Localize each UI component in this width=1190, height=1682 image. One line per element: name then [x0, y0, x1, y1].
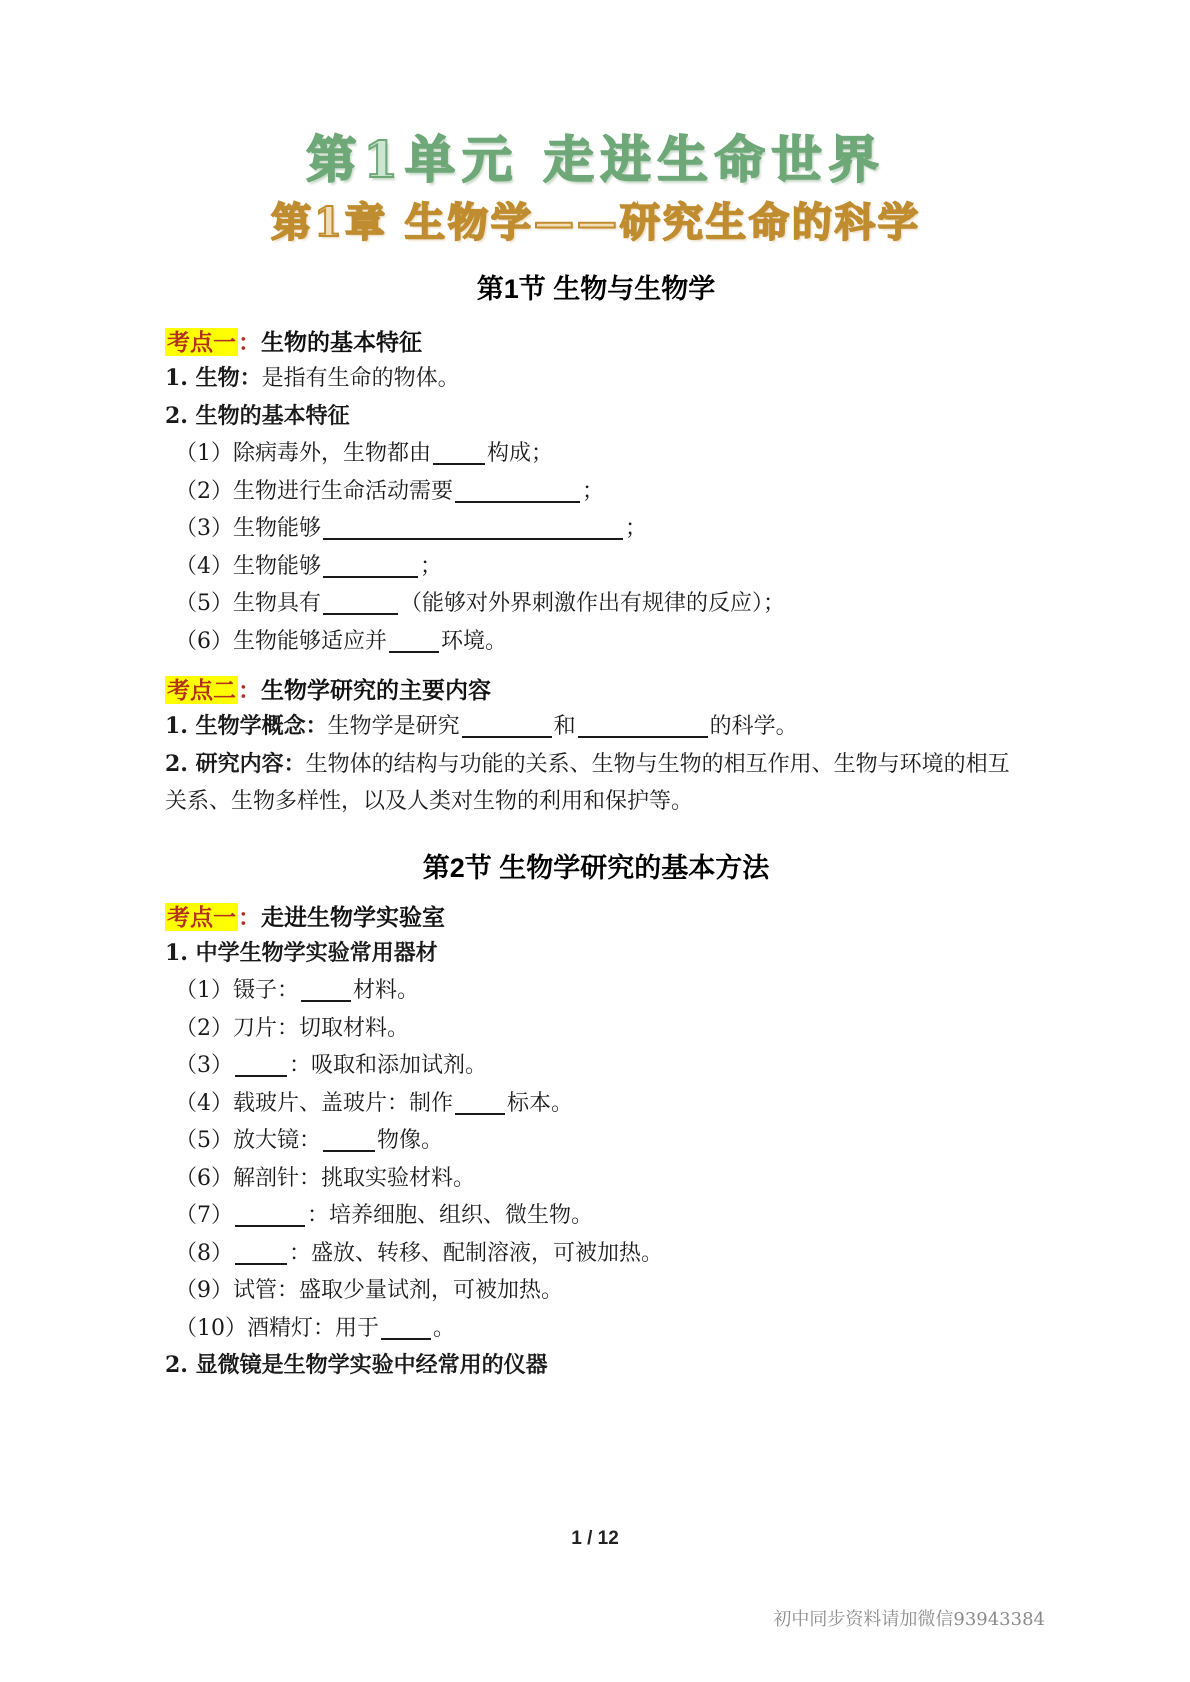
tool-5-pre: （5）放大镜：: [175, 1128, 321, 1153]
equipment-header-label: 1. 中学生物学实验常用器材: [165, 940, 438, 966]
section-1: 第1节 生物与生物学 考点一：生物的基本特征 1. 生物：是指有生命的物体。 2…: [165, 270, 1027, 821]
fill-blank: [433, 441, 485, 465]
feature-item-3: （3）生物能够；: [165, 510, 1027, 548]
tool-7-pre: （7）: [175, 1203, 233, 1228]
feature-6-post: 环境。: [441, 629, 507, 654]
tool-item-9: （9）试管：盛取少量试剂，可被加热。: [165, 1272, 1027, 1310]
fill-blank: [323, 516, 623, 540]
concept-line: 1. 生物学概念：生物学是研究和的科学。: [165, 708, 1027, 746]
fill-blank: [235, 1203, 305, 1227]
keypoint-1-title: 生物的基本特征: [261, 329, 422, 355]
section2-keypoint-1-title: 走进生物学实验室: [261, 904, 445, 930]
document-page: { "titles": { "unit": "第1单元 走进生命世界", "ch…: [0, 0, 1190, 1682]
keypoint-1-line: 考点一：生物的基本特征: [165, 324, 1027, 360]
fill-blank: [455, 1091, 505, 1115]
tool-8-pre: （8）: [175, 1241, 233, 1266]
tool-6-text: （6）解剖针：挑取实验材料。: [175, 1166, 475, 1191]
feature-item-1: （1）除病毒外，生物都由构成；: [165, 435, 1027, 473]
features-header-line: 2. 生物的基本特征: [165, 398, 1027, 436]
fill-blank: [578, 714, 708, 738]
tool-8-post: ：盛放、转移、配制溶液，可被加热。: [289, 1241, 663, 1266]
tool-3-pre: （3）: [175, 1053, 233, 1078]
fill-blank: [389, 629, 439, 653]
tool-10-pre: （10）酒精灯：用于: [175, 1316, 379, 1341]
tool-1-post: 材料。: [353, 978, 419, 1003]
feature-3-pre: （3）生物能够: [175, 516, 321, 541]
tool-4-post: 标本。: [507, 1091, 573, 1116]
feature-4-post: ；: [420, 554, 442, 579]
keypoint-2-line: 考点二：生物学研究的主要内容: [165, 672, 1027, 708]
tool-item-5: （5）放大镜：物像。: [165, 1122, 1027, 1160]
fill-blank: [301, 978, 351, 1002]
microscope-header-label: 2. 显微镜是生物学实验中经常用的仪器: [165, 1352, 548, 1378]
feature-item-5: （5）生物具有（能够对外界刺激作出有规律的反应）；: [165, 585, 1027, 623]
definition-biology-line: 1. 生物：是指有生命的物体。: [165, 360, 1027, 398]
feature-5-post: （能够对外界刺激作出有规律的反应）；: [400, 591, 785, 616]
tool-4-pre: （4）载玻片、盖玻片：制作: [175, 1091, 453, 1116]
keypoint-2-title: 生物学研究的主要内容: [261, 677, 491, 703]
section2-keypoint-1-badge: 考点一: [165, 903, 238, 931]
fill-blank: [235, 1241, 287, 1265]
keypoint-2-badge: 考点二: [165, 676, 238, 704]
keypoint-2-colon: ：: [238, 677, 261, 703]
tool-7-post: ：培养细胞、组织、微生物。: [307, 1203, 593, 1228]
equipment-header-line: 1. 中学生物学实验常用器材: [165, 935, 1027, 973]
concept-pre: 生物学是研究: [328, 714, 460, 739]
fill-blank: [323, 554, 418, 578]
research-content-line: 2. 研究内容：生物体的结构与功能的关系、生物与生物的相互作用、生物与环境的相互…: [165, 746, 1027, 821]
feature-item-2: （2）生物进行生命活动需要；: [165, 473, 1027, 511]
tool-9-text: （9）试管：盛取少量试剂，可被加热。: [175, 1278, 563, 1303]
keypoint-1-badge: 考点一: [165, 328, 238, 356]
tool-10-post: 。: [433, 1316, 455, 1341]
fill-blank: [455, 479, 580, 503]
tool-item-3: （3）：吸取和添加试剂。: [165, 1047, 1027, 1085]
section2-keypoint-1-colon: ：: [238, 904, 261, 930]
feature-3-post: ；: [625, 516, 647, 541]
section1-heading: 第1节 生物与生物学: [165, 270, 1027, 308]
tool-1-pre: （1）镊子：: [175, 978, 299, 1003]
tool-3-post: ：吸取和添加试剂。: [289, 1053, 487, 1078]
feature-2-post: ；: [582, 479, 604, 504]
microscope-header-line: 2. 显微镜是生物学实验中经常用的仪器: [165, 1347, 1027, 1385]
fill-blank: [323, 1128, 375, 1152]
features-header-label: 2. 生物的基本特征: [165, 403, 350, 429]
page-content: 第1单元 走进生命世界 第1章 生物学——研究生命的科学 第1节 生物与生物学 …: [165, 0, 1027, 1385]
tool-item-4: （4）载玻片、盖玻片：制作标本。: [165, 1085, 1027, 1123]
fill-blank: [462, 714, 552, 738]
feature-item-4: （4）生物能够；: [165, 548, 1027, 586]
tool-item-7: （7）：培养细胞、组织、微生物。: [165, 1197, 1027, 1235]
fill-blank: [235, 1053, 287, 1077]
tool-item-8: （8）：盛放、转移、配制溶液，可被加热。: [165, 1235, 1027, 1273]
tool-2-text: （2）刀片：切取材料。: [175, 1016, 409, 1041]
page-number: 1 / 12: [0, 1528, 1190, 1550]
chapter-title: 第1章 生物学——研究生命的科学: [165, 196, 1027, 250]
concept-post: 的科学。: [710, 714, 798, 739]
watermark-text: 初中同步资料请加微信93943384: [773, 1605, 1045, 1631]
feature-4-pre: （4）生物能够: [175, 554, 321, 579]
feature-5-pre: （5）生物具有: [175, 591, 321, 616]
tool-item-6: （6）解剖针：挑取实验材料。: [165, 1160, 1027, 1198]
definition-biology-label: 1. 生物：: [165, 365, 262, 391]
tool-item-1: （1）镊子：材料。: [165, 972, 1027, 1010]
research-content-label: 2. 研究内容：: [165, 751, 306, 777]
keypoint-1-colon: ：: [238, 329, 261, 355]
concept-mid: 和: [554, 714, 576, 739]
feature-1-post: 构成；: [487, 441, 553, 466]
feature-6-pre: （6）生物能够适应并: [175, 629, 387, 654]
section2-keypoint-1-line: 考点一：走进生物学实验室: [165, 899, 1027, 935]
concept-label: 1. 生物学概念：: [165, 713, 328, 739]
fill-blank: [323, 591, 398, 615]
tool-item-10: （10）酒精灯：用于。: [165, 1310, 1027, 1348]
unit-title: 第1单元 走进生命世界: [165, 128, 1027, 192]
feature-2-pre: （2）生物进行生命活动需要: [175, 479, 453, 504]
feature-item-6: （6）生物能够适应并环境。: [165, 623, 1027, 661]
section2-heading: 第2节 生物学研究的基本方法: [165, 849, 1027, 887]
feature-1-pre: （1）除病毒外，生物都由: [175, 441, 431, 466]
section-2: 第2节 生物学研究的基本方法 考点一：走进生物学实验室 1. 中学生物学实验常用…: [165, 849, 1027, 1385]
fill-blank: [381, 1316, 431, 1340]
tool-item-2: （2）刀片：切取材料。: [165, 1010, 1027, 1048]
tool-5-post: 物像。: [377, 1128, 443, 1153]
definition-biology-text: 是指有生命的物体。: [262, 366, 460, 391]
